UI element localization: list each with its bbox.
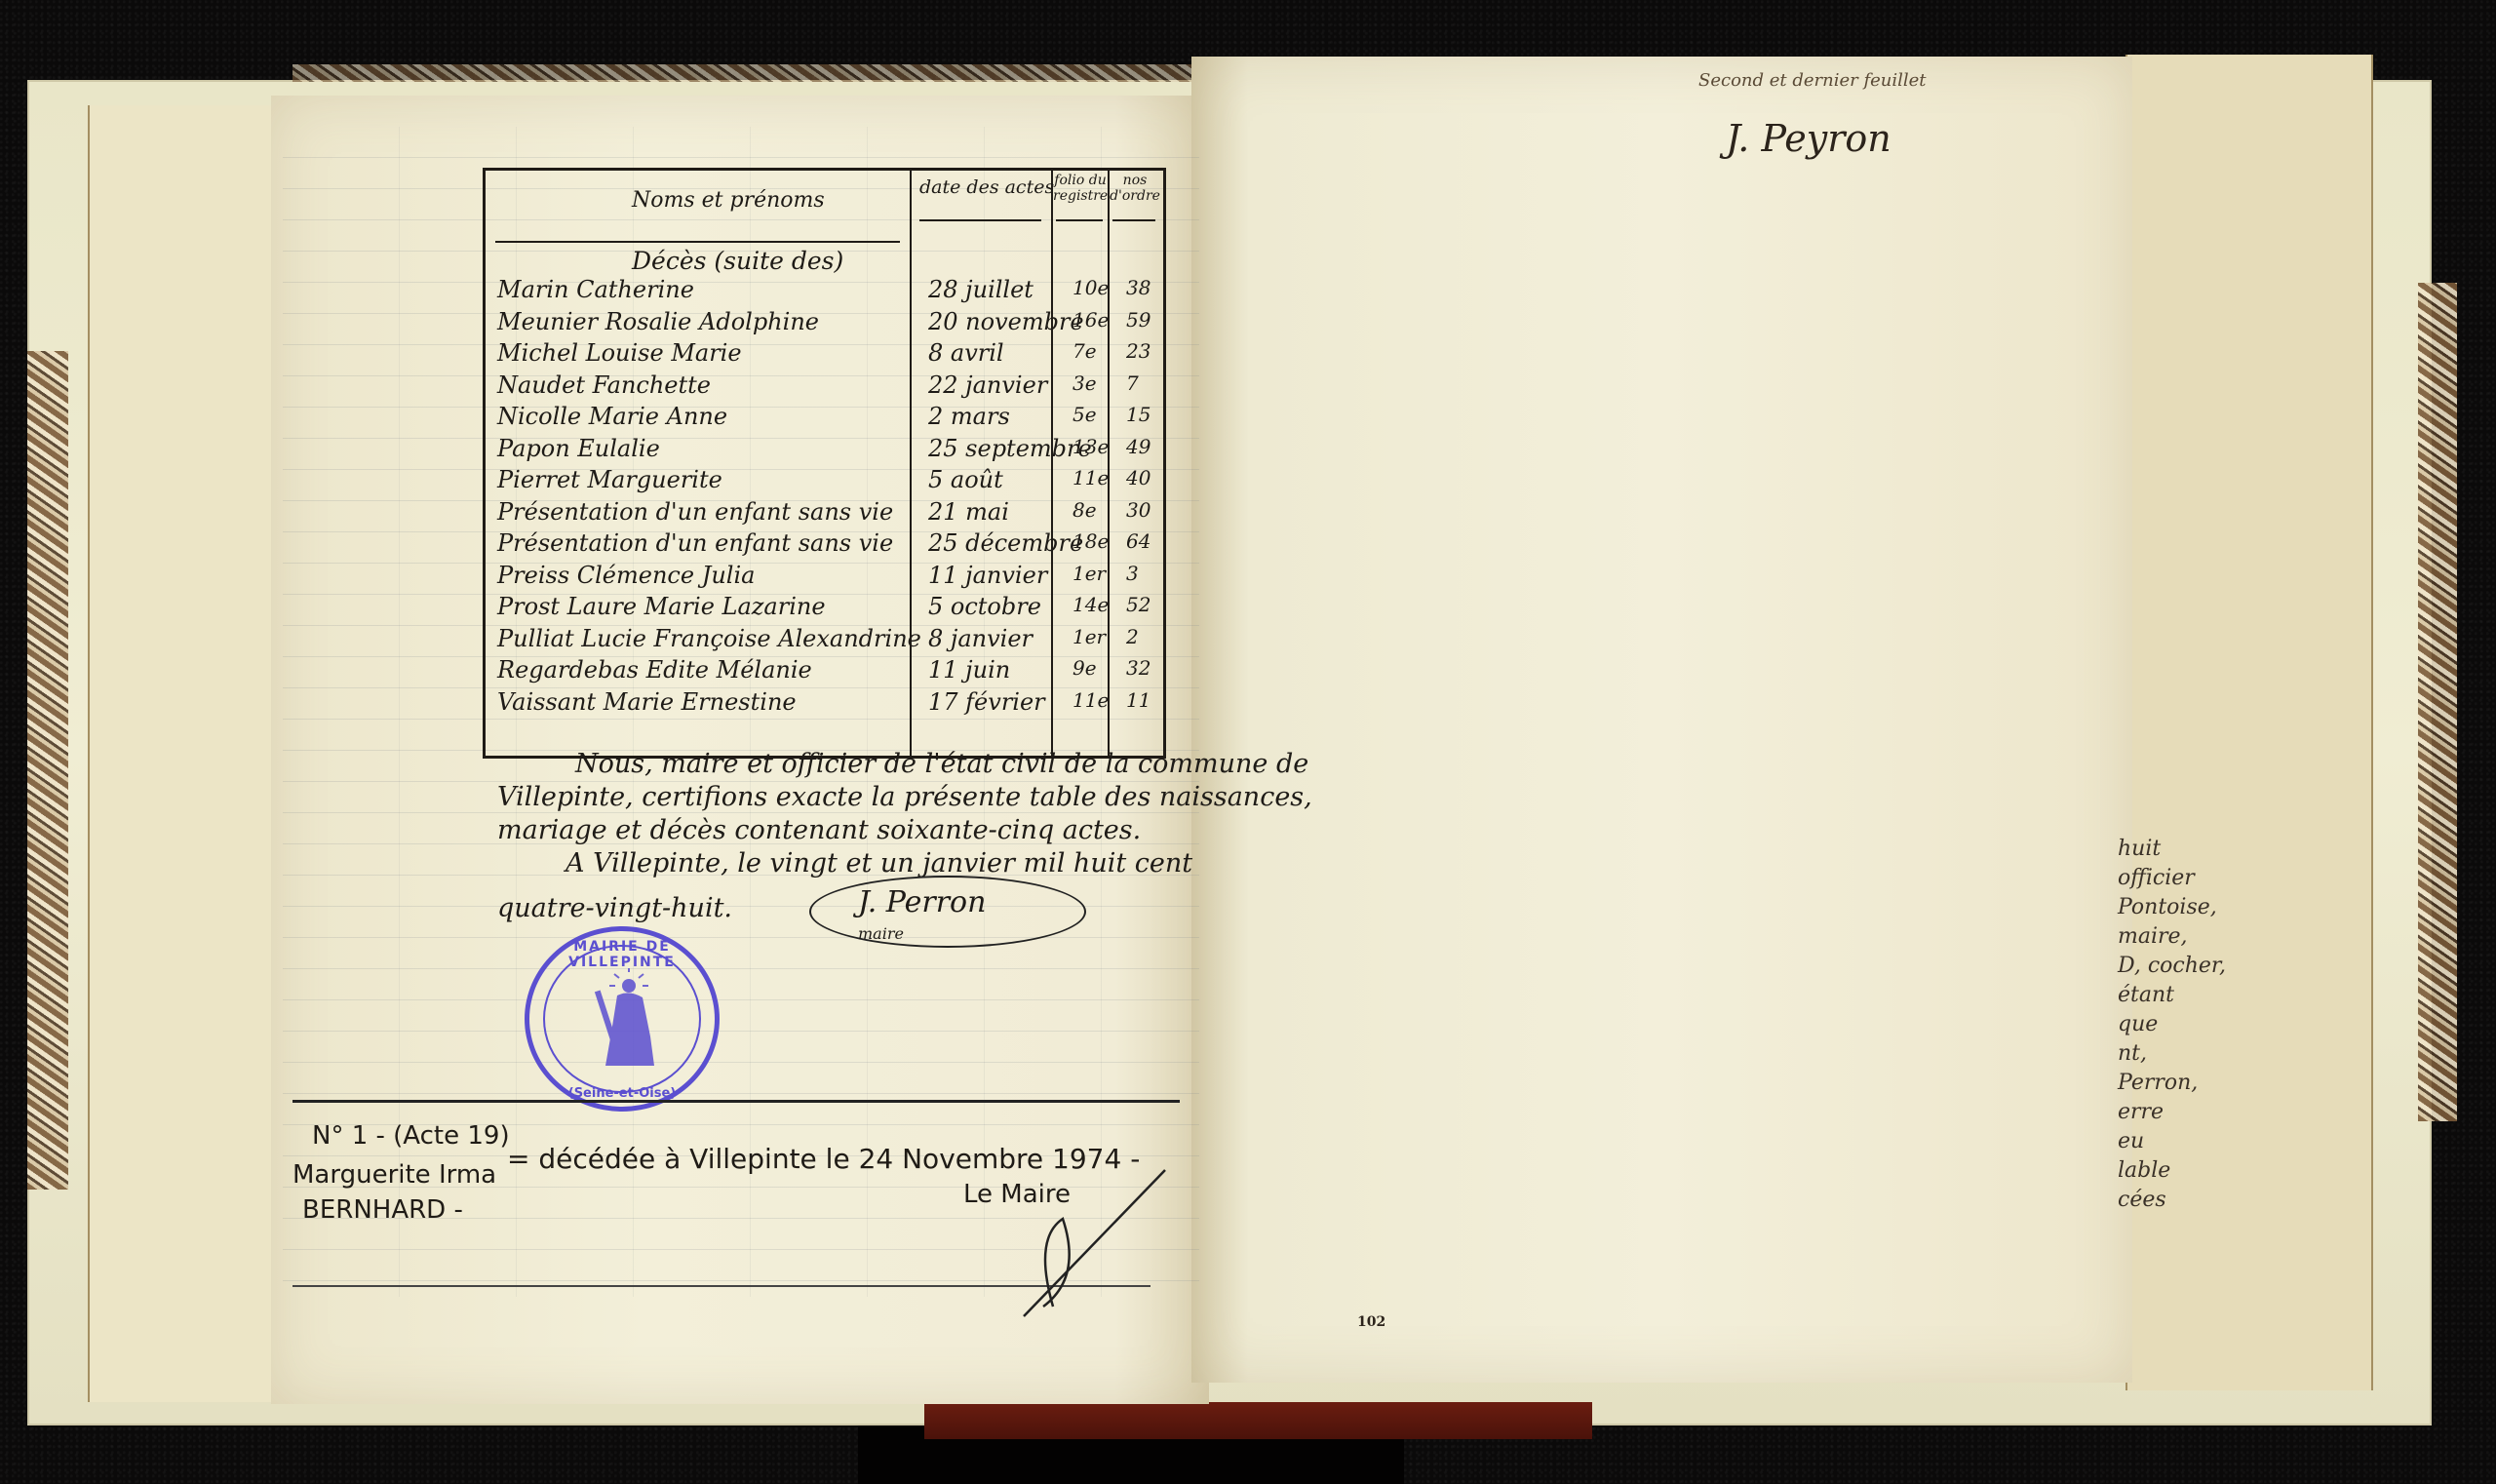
header-date: date des actes [919, 176, 1054, 198]
table-row: Nicolle Marie Anne2 mars5e15 [497, 403, 1163, 433]
folio-cell: 7e [1072, 339, 1097, 363]
date-cell: 25 décembre [928, 529, 1083, 557]
marbled-endpaper-right [2418, 283, 2457, 1121]
name-cell: Marin Catherine [497, 276, 694, 303]
date-cell: 22 janvier [928, 371, 1047, 399]
folio-cell: 9e [1072, 656, 1097, 680]
table-row: Regardebas Edite Mélanie11 juin9e32 [497, 656, 1163, 686]
section-title: Décès (suite des) [632, 247, 843, 275]
index-table: Noms et prénoms date des actes folio du … [483, 168, 1166, 759]
mayor-signature: J. Perron [858, 885, 986, 919]
annotation-top-rule [292, 1100, 1180, 1103]
margin-fragment: officier [2118, 866, 2195, 890]
name-cell: Meunier Rosalie Adolphine [497, 308, 819, 335]
table-row: Vaissant Marie Ernestine17 février11e11 [497, 688, 1163, 719]
name-cell: Preiss Clémence Julia [497, 562, 755, 589]
certification-line: A Villepinte, le vingt et un janvier mil… [565, 848, 1192, 879]
date-cell: 2 mars [928, 403, 1010, 430]
date-cell: 11 janvier [928, 562, 1047, 589]
certification-line: Villepinte, certifions exacte la présent… [497, 782, 1312, 812]
right-page-signature: J. Peyron [1726, 117, 1891, 160]
margin-fragment: huit [2118, 837, 2161, 861]
table-row: Meunier Rosalie Adolphine20 novembre16e5… [497, 308, 1163, 338]
mayor-signature-title: maire [858, 924, 904, 943]
name-cell: Présentation d'un enfant sans vie [497, 529, 893, 557]
margin-fragment: lable [2118, 1158, 2170, 1183]
date-cell: 21 mai [928, 498, 1009, 526]
certification-line: Nous, maire et officier de l'état civil … [575, 749, 1308, 779]
table-row: Michel Louise Marie8 avril7e23 [497, 339, 1163, 370]
margin-fragment: erre [2118, 1100, 2164, 1124]
header-number: nos d'ordre [1110, 173, 1160, 204]
margin-fragment: Perron, [2118, 1071, 2198, 1095]
folio-cell: 16e [1072, 308, 1109, 332]
number-cell: 11 [1126, 688, 1150, 712]
header-rule [1112, 219, 1155, 221]
right-page [1191, 57, 2132, 1383]
table-row: Marin Catherine28 juillet10e38 [497, 276, 1163, 306]
number-cell: 49 [1126, 435, 1150, 458]
left-page-stack [88, 105, 287, 1402]
municipal-stamp: MAIRIE DE VILLEPINTE (Seine-et-Oise) [525, 926, 720, 1112]
number-cell: 52 [1126, 593, 1150, 616]
header-folio: folio du registre [1053, 173, 1108, 204]
folio-cell: 11e [1072, 688, 1109, 712]
name-cell: Naudet Fanchette [497, 371, 711, 399]
annotation-surname: BERNHARD - [302, 1195, 463, 1225]
folio-cell: 14e [1072, 593, 1109, 616]
number-cell: 32 [1126, 656, 1150, 680]
name-cell: Prost Laure Marie Lazarine [497, 593, 826, 620]
table-row: Naudet Fanchette22 janvier3e7 [497, 371, 1163, 402]
margin-fragment: nt, [2118, 1041, 2147, 1066]
header-rule [1056, 219, 1103, 221]
table-row: Pulliat Lucie Françoise Alexandrine8 jan… [497, 625, 1163, 655]
margin-fragment: maire, [2118, 924, 2188, 949]
margin-fragment: D, cocher, [2118, 954, 2226, 978]
name-cell: Présentation d'un enfant sans vie [497, 498, 893, 526]
folio-cell: 13e [1072, 435, 1109, 458]
name-cell: Pulliat Lucie Françoise Alexandrine [497, 625, 921, 652]
annotation-name: Marguerite Irma [292, 1160, 496, 1190]
folio-cell: 8e [1072, 498, 1097, 522]
folio-cell: 3e [1072, 371, 1097, 395]
name-cell: Papon Eulalie [497, 435, 660, 462]
name-cell: Vaissant Marie Ernestine [497, 688, 797, 716]
marianne-figure-icon [590, 968, 668, 1075]
table-row: Pierret Marguerite5 août11e40 [497, 466, 1163, 496]
number-cell: 30 [1126, 498, 1150, 522]
number-cell: 23 [1126, 339, 1150, 363]
table-row: Prost Laure Marie Lazarine5 octobre14e52 [497, 593, 1163, 623]
date-cell: 25 septembre [928, 435, 1092, 462]
margin-fragment: étant [2118, 983, 2174, 1007]
table-row: Présentation d'un enfant sans vie21 mai8… [497, 498, 1163, 528]
folio-cell: 11e [1072, 466, 1109, 489]
folio-cell: 5e [1072, 403, 1097, 426]
table-row: Présentation d'un enfant sans vie25 déce… [497, 529, 1163, 560]
number-cell: 59 [1126, 308, 1150, 332]
header-rule [919, 219, 1041, 221]
spine-cloth [924, 1402, 1592, 1439]
date-cell: 28 juillet [928, 276, 1033, 303]
annotation-number: N° 1 - (Acte 19) [312, 1121, 510, 1151]
name-cell: Michel Louise Marie [497, 339, 742, 367]
stamp-subtitle: (Seine-et-Oise) [529, 1086, 715, 1101]
date-cell: 5 août [928, 466, 1003, 493]
number-cell: 38 [1126, 276, 1150, 299]
folio-cell: 10e [1072, 276, 1109, 299]
margin-fragment: cées [2118, 1188, 2166, 1212]
certification-line: quatre-vingt-huit. [497, 893, 732, 923]
date-cell: 20 novembre [928, 308, 1084, 335]
certification-line: mariage et décès contenant soixante-cinq… [497, 815, 1141, 845]
table-row: Preiss Clémence Julia11 janvier1er3 [497, 562, 1163, 592]
number-cell: 15 [1126, 403, 1150, 426]
folio-cell: 18e [1072, 529, 1109, 553]
name-cell: Pierret Marguerite [497, 466, 722, 493]
date-cell: 8 avril [928, 339, 1004, 367]
marbled-endpaper-left [27, 351, 68, 1190]
page-number: 102 [1357, 1314, 1385, 1330]
number-cell: 3 [1126, 562, 1139, 585]
number-cell: 7 [1126, 371, 1139, 395]
stamp-title: MAIRIE DE VILLEPINTE [529, 939, 715, 970]
margin-fragment: eu [2118, 1129, 2144, 1153]
number-cell: 2 [1126, 625, 1139, 648]
number-cell: 64 [1126, 529, 1150, 553]
header-rule [495, 241, 900, 243]
margin-fragment: que [2118, 1012, 2158, 1036]
date-cell: 5 octobre [928, 593, 1041, 620]
header-note: Second et dernier feuillet [1698, 70, 1927, 91]
folio-cell: 1er [1072, 625, 1106, 648]
table-row: Papon Eulalie25 septembre13e49 [497, 435, 1163, 465]
folio-cell: 1er [1072, 562, 1106, 585]
number-cell: 40 [1126, 466, 1150, 489]
name-cell: Nicolle Marie Anne [497, 403, 727, 430]
date-cell: 17 février [928, 688, 1045, 716]
date-cell: 8 janvier [928, 625, 1033, 652]
margin-fragment: Pontoise, [2118, 895, 2217, 919]
annotation-signature-icon [994, 1160, 1170, 1326]
name-cell: Regardebas Edite Mélanie [497, 656, 812, 683]
date-cell: 11 juin [928, 656, 1010, 683]
header-names: Noms et prénoms [632, 188, 825, 213]
